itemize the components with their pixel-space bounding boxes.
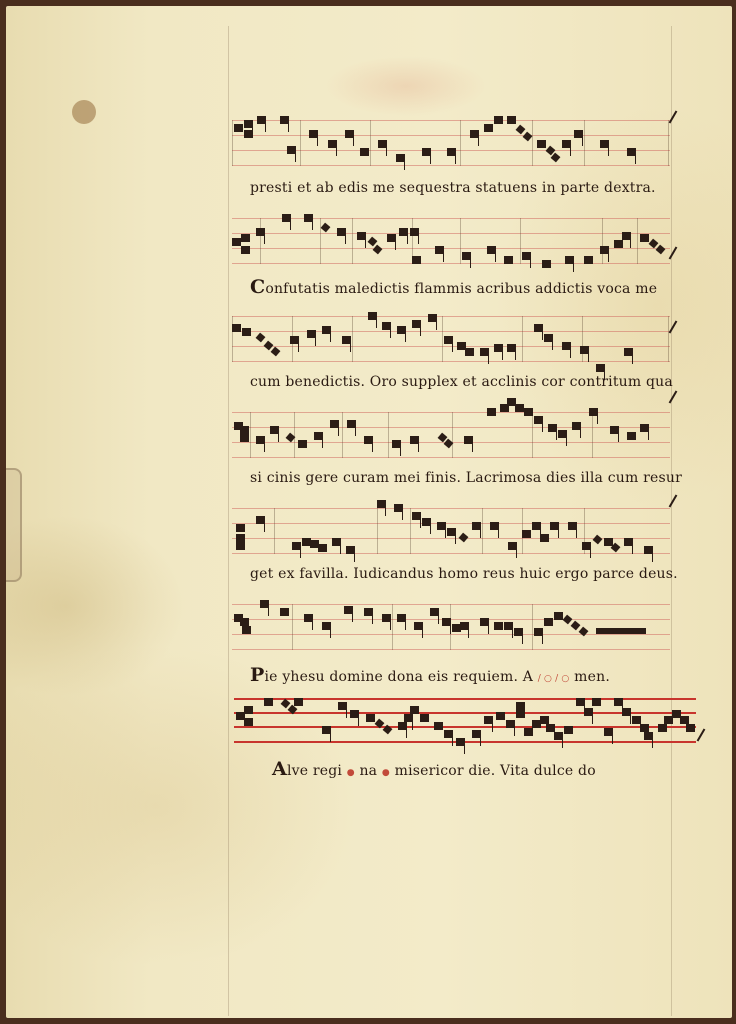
staff-1	[232, 120, 670, 166]
staff-4	[232, 412, 670, 458]
staff-3	[232, 316, 670, 362]
margin-ruling-left	[228, 26, 229, 1016]
lyric-line-7: Alve regi ● na ● misericor die. Vita dul…	[272, 758, 692, 782]
staff-6	[232, 604, 670, 650]
lyric-line-5: get ex favilla. Iudicandus homo reus hui…	[250, 566, 670, 590]
lyric-line-1: presti et ab edis me sequestra statuens …	[250, 180, 670, 204]
staff-2	[232, 218, 670, 264]
lyric-line-6: Pie yhesu domine dona eis requiem. A / ○…	[250, 664, 670, 688]
staff-5	[232, 508, 670, 554]
lyric-line-2: Confutatis maledictis flammis acribus ad…	[250, 276, 670, 300]
ink-stain	[72, 100, 96, 124]
staff-7-red	[234, 698, 696, 744]
margin-ruling-right	[671, 26, 672, 1016]
lyric-line-4: si cinis gere curam mei finis. Lacrimosa…	[250, 470, 670, 494]
clasp-mark	[6, 468, 22, 582]
lyric-line-3: cum benedictis. Oro supplex et acclinis …	[250, 374, 670, 398]
